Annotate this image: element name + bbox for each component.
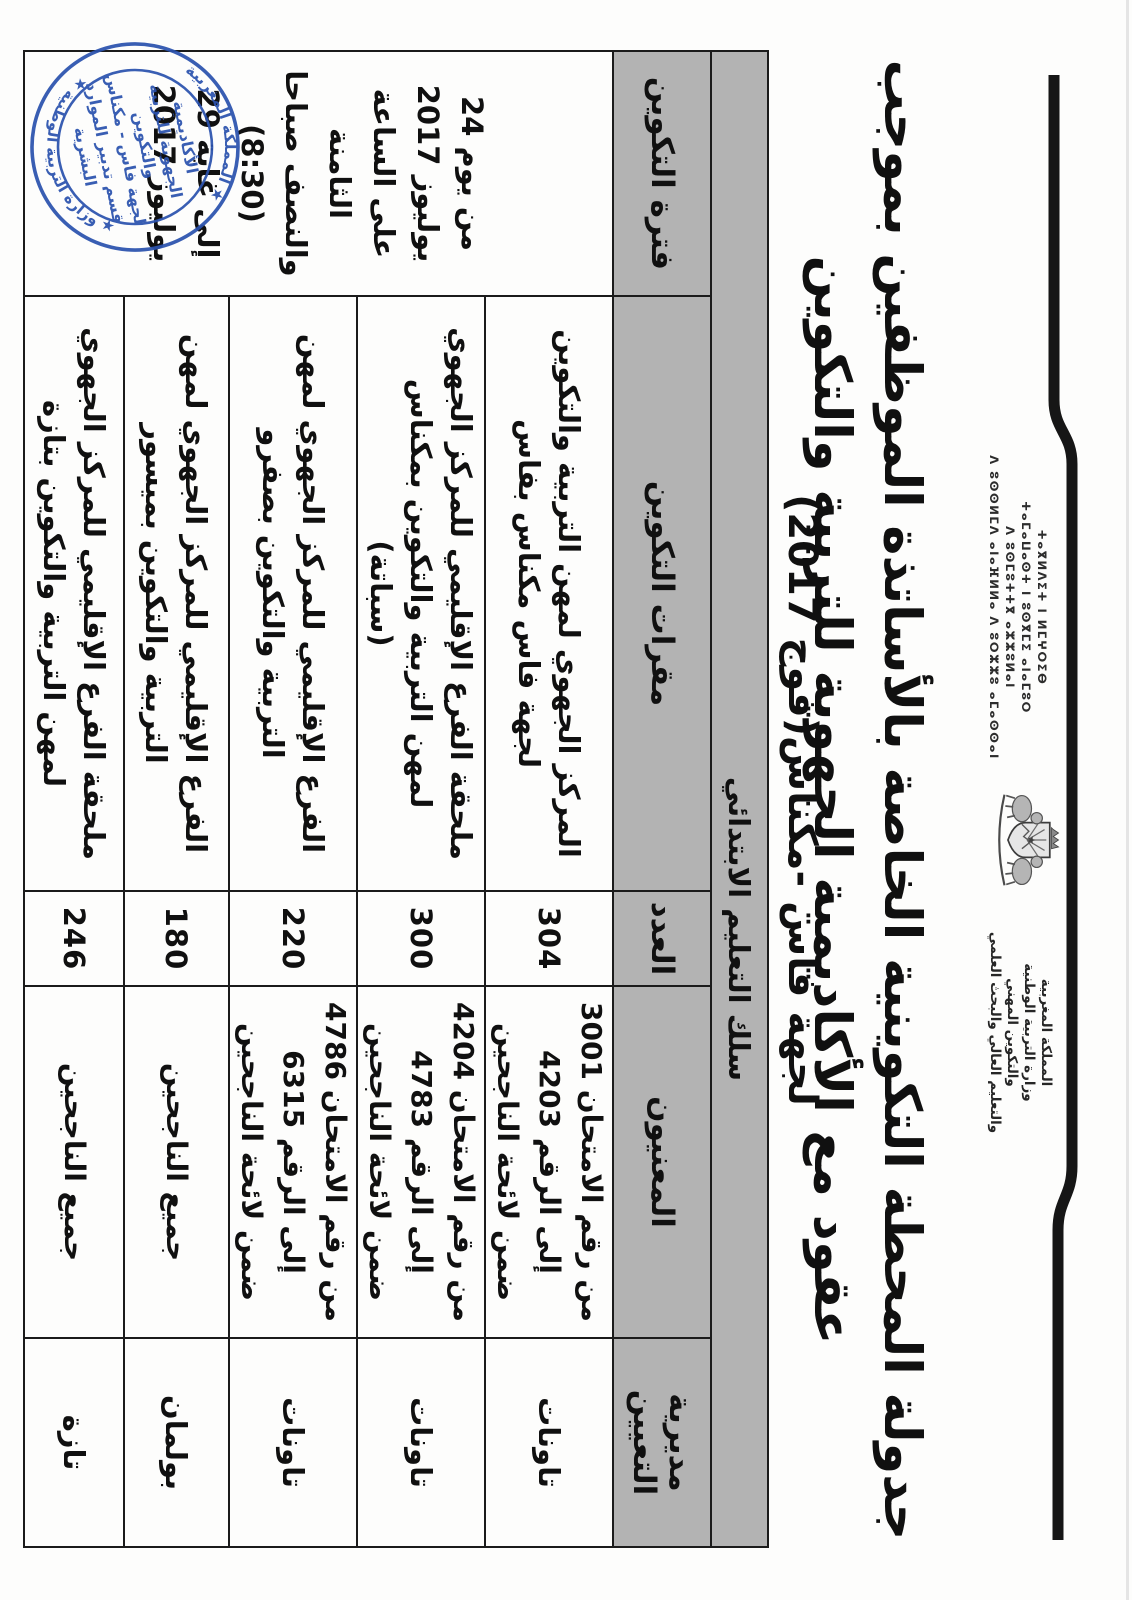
count-cell: 304 bbox=[485, 891, 613, 986]
venue-line: (سباتة) bbox=[361, 303, 401, 884]
column-header-directorate: مديرية التعيين bbox=[613, 1338, 711, 1547]
svg-text:★: ★ bbox=[1025, 835, 1037, 844]
directorate-cell: بولمان bbox=[124, 1338, 229, 1547]
count-cell: 220 bbox=[229, 891, 357, 986]
ministry-line: وزارة التربية الوطنية bbox=[1020, 920, 1037, 1145]
arabic-ministry-text: المملكة المغربية وزارة التربية الوطنية و… bbox=[986, 920, 1076, 1145]
concerned-line: ضمن لائحة الناجحين bbox=[230, 993, 272, 1331]
count-cell: 300 bbox=[357, 891, 485, 986]
venue-line: ملحقة الفرع الإقليمي للمركز الجهوي لمهن … bbox=[34, 303, 114, 884]
venue-cell: ملحقة الفرع الإقليمي للمركز الجهوي لمهن … bbox=[357, 296, 485, 891]
directorate-cell: تاونات bbox=[357, 1338, 485, 1547]
moroccan-coat-of-arms-icon: ★ bbox=[994, 779, 1062, 901]
venue-cell: الفرع الإقليمي للمركز الجهوي لمهن التربي… bbox=[229, 296, 357, 891]
venue-line: الفرع الإقليمي للمركز الجهوي لمهن التربي… bbox=[137, 303, 217, 884]
venue-cell: الفرع الإقليمي للمركز الجهوي لمهن التربي… bbox=[124, 296, 229, 891]
column-header-concerned: المعنيون bbox=[613, 986, 711, 1338]
venue-line: ملحقة الفرع الإقليمي للمركز الجهوي لمهن … bbox=[401, 303, 481, 884]
concerned-line: من رقم الامتحان 4204 إلى الرقم 4783 bbox=[400, 993, 484, 1331]
concerned-cell: جميع الناجحين bbox=[24, 986, 124, 1338]
concerned-line: من رقم الامتحان 3001 إلى الرقم 4203 bbox=[528, 993, 612, 1331]
count-cell: 246 bbox=[24, 891, 124, 986]
concerned-line: من رقم الامتحان 4786 إلى الرقم 6315 bbox=[272, 993, 356, 1331]
stamp-center-text: الأكاديمية الجهوية للتربية والتكوين لجهة… bbox=[46, 55, 223, 239]
directorate-cell: تازة bbox=[24, 1338, 124, 1547]
ministry-line: والتعليم العالي والبحث العلمي bbox=[986, 920, 1003, 1145]
period-line: من يوم 24 يوليوز 2017 bbox=[407, 58, 495, 289]
venue-line: المركز الجهوي لمهن التربية والتكوين لجهة… bbox=[509, 303, 589, 884]
concerned-cell: جميع الناجحين bbox=[124, 986, 229, 1338]
page-subtitle: لجهة فاس -مكناس(فوج 2017) bbox=[775, 0, 829, 1600]
concerned-cell: من رقم الامتحان 4786 إلى الرقم 6315 ضمن … bbox=[229, 986, 357, 1338]
venue-cell: المركز الجهوي لمهن التربية والتكوين لجهة… bbox=[485, 296, 613, 891]
venue-cell: ملحقة الفرع الإقليمي للمركز الجهوي لمهن … bbox=[24, 296, 124, 891]
concerned-line: ضمن لائحة الناجحين bbox=[358, 993, 400, 1331]
scanned-document-page: ⵜⴰⴳⵍⴷⵉⵜ ⵏ ⵍⵎⵖⵔⵉⴱ ⵜⴰⵎⴰⵡⴰⵙⵜ ⵏ ⵓⵙⴳⵎⵉ ⴰⵏⴰⵎⵓⵔ… bbox=[0, 0, 1132, 1600]
concerned-cell: من رقم الامتحان 3001 إلى الرقم 4203 ضمن … bbox=[485, 986, 613, 1338]
column-header-period: فترة التكوين bbox=[613, 51, 711, 296]
section-header-cell: سلك التعليم الابتدائي bbox=[711, 51, 768, 1547]
document-sheet: ⵜⴰⴳⵍⴷⵉⵜ ⵏ ⵍⵎⵖⵔⵉⴱ ⵜⴰⵎⴰⵡⴰⵙⵜ ⵏ ⵓⵙⴳⵎⵉ ⴰⵏⴰⵎⵓⵔ… bbox=[0, 0, 1132, 1600]
count-cell: 180 bbox=[124, 891, 229, 986]
tifinagh-line: ⵜⴰⵎⴰⵡⴰⵙⵜ ⵏ ⵓⵙⴳⵎⵉ ⴰⵏⴰⵎⵓⵔ bbox=[1018, 455, 1034, 760]
letterhead: ⵜⴰⴳⵍⴷⵉⵜ ⵏ ⵍⵎⵖⵔⵉⴱ ⵜⴰⵎⴰⵡⴰⵙⵜ ⵏ ⵓⵙⴳⵎⵉ ⴰⵏⴰⵎⵓⵔ… bbox=[986, 455, 1076, 1145]
concerned-line: جميع الناجحين bbox=[53, 993, 95, 1331]
tifinagh-ministry-text: ⵜⴰⴳⵍⴷⵉⵜ ⵏ ⵍⵎⵖⵔⵉⴱ ⵜⴰⵎⴰⵡⴰⵙⵜ ⵏ ⵓⵙⴳⵎⵉ ⴰⵏⴰⵎⵓⵔ… bbox=[986, 455, 1076, 760]
scan-edge-artifact bbox=[1126, 0, 1129, 1600]
tifinagh-line: ⴷ ⵓⵙⵙⵍⵎⴷ ⴰⵏⴰⴼⵍⵍⴰ ⴷ ⵓⵔⵣⵣⵓ ⴰⵎⴰⵙⵙⴰⵏ bbox=[986, 455, 1002, 760]
venue-line: الفرع الإقليمي للمركز الجهوي لمهن التربي… bbox=[253, 303, 333, 884]
ministry-line: المملكة المغربية bbox=[1037, 920, 1054, 1145]
training-schedule-table: سلك التعليم الابتدائي مديرية التعيين الم… bbox=[23, 50, 769, 1548]
directorate-cell: تاونات bbox=[485, 1338, 613, 1547]
table-row: تاونات من رقم الامتحان 3001 إلى الرقم 42… bbox=[485, 51, 613, 1547]
directorate-cell: تاونات bbox=[229, 1338, 357, 1547]
official-stamp: المملكة المغربية ★ ★ وزارة التربية الوطن… bbox=[7, 19, 263, 275]
concerned-line: ضمن لائحة الناجحين bbox=[486, 993, 528, 1331]
ministry-line: والتكوين المهني bbox=[1003, 920, 1020, 1145]
concerned-cell: من رقم الامتحان 4204 إلى الرقم 4783 ضمن … bbox=[357, 986, 485, 1338]
column-header-count: العدد bbox=[613, 891, 711, 986]
tifinagh-line: ⵜⴰⴳⵍⴷⵉⵜ ⵏ ⵍⵎⵖⵔⵉⴱ bbox=[1034, 455, 1050, 760]
concerned-line: جميع الناجحين bbox=[156, 993, 198, 1331]
period-line: على الساعة الثامنة bbox=[319, 58, 407, 289]
tifinagh-line: ⴷ ⵓⵙⵎⵓⵜⵜⴳ ⴰⵣⵣⵓⵍⴰⵏ bbox=[1002, 455, 1018, 760]
column-header-venue: مقرات التكوين bbox=[613, 296, 711, 891]
